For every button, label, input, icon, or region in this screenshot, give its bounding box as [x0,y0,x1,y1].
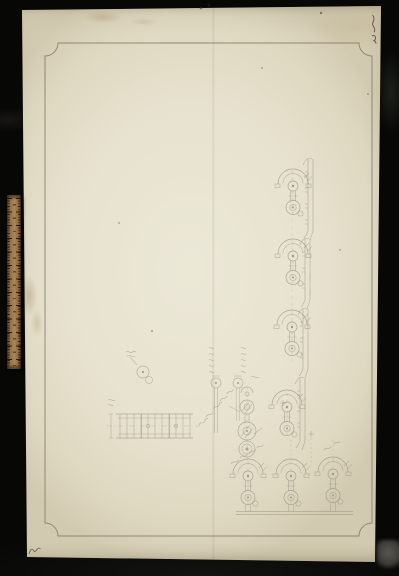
wooden-ruler [7,195,21,369]
photo-backdrop [0,0,399,576]
photo-corner-grey-blob [377,540,399,568]
paper-sheet [0,0,399,576]
ruler-major-ticks-right [16,198,21,366]
ruler-major-ticks-left [7,198,12,366]
ruler-number-smudges [13,198,16,366]
